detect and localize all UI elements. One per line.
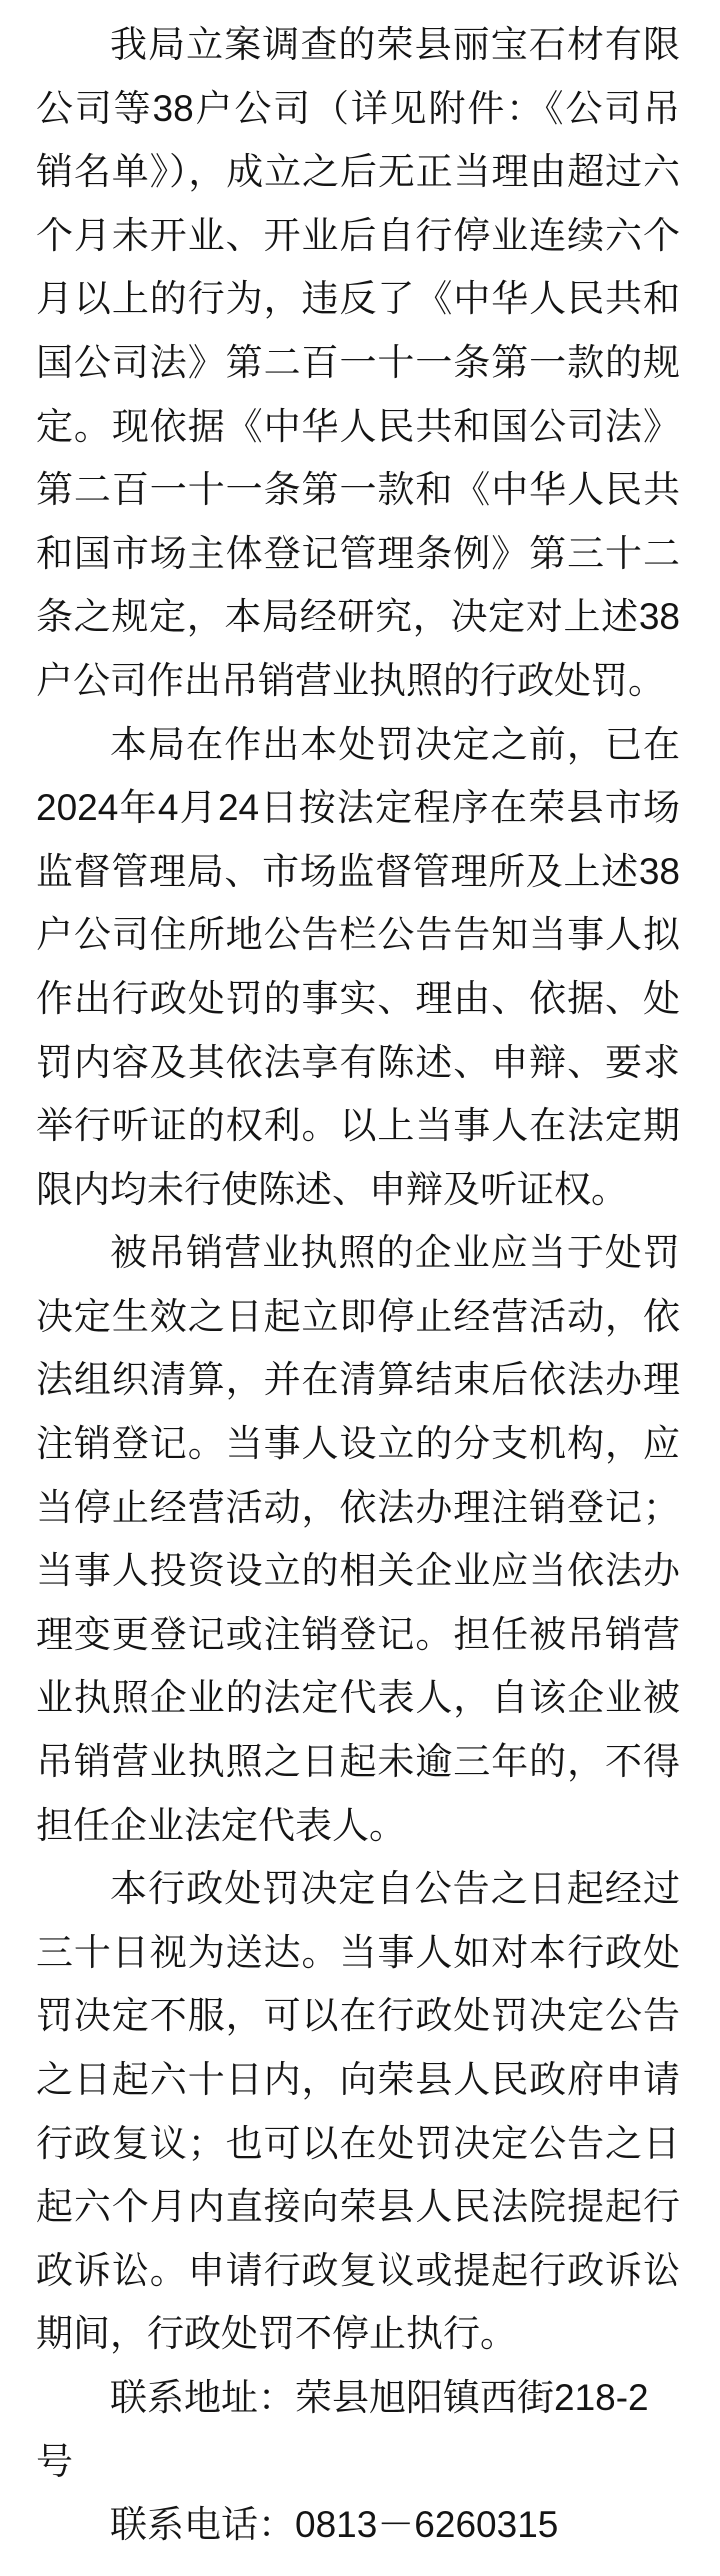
paragraph-service-and-appeal-rights: 本行政处罚决定自公告之日起经过三十日视为送达。当事人如对本行政处罚决定不服，可以… <box>36 1857 680 2366</box>
contact-phone-value: 0813－6260315 <box>295 2504 558 2545</box>
paragraph-case-findings-and-decision: 我局立案调查的荣县丽宝石材有限公司等38户公司（详见附件：《公司吊销名单》），成… <box>36 13 680 713</box>
contact-phone-label: 联系电话： <box>110 2504 295 2545</box>
contact-address-line: 联系地址：荣县旭阳镇西街218-2号 <box>36 2366 680 2493</box>
penalty-announcement-document: 我局立案调查的荣县丽宝石材有限公司等38户公司（详见附件：《公司吊销名单》），成… <box>0 0 720 2557</box>
paragraph-post-revocation-obligations: 被吊销营业执照的企业应当于处罚决定生效之日起立即停止经营活动，依法组织清算，并在… <box>36 1221 680 1857</box>
paragraph-prior-notice-procedure: 本局在作出本处罚决定之前，已在2024年4月24日按法定程序在荣县市场监督管理局… <box>36 713 680 1222</box>
contact-phone-line: 联系电话：0813－6260315 <box>36 2493 680 2557</box>
contact-address-label: 联系地址： <box>110 2377 295 2418</box>
